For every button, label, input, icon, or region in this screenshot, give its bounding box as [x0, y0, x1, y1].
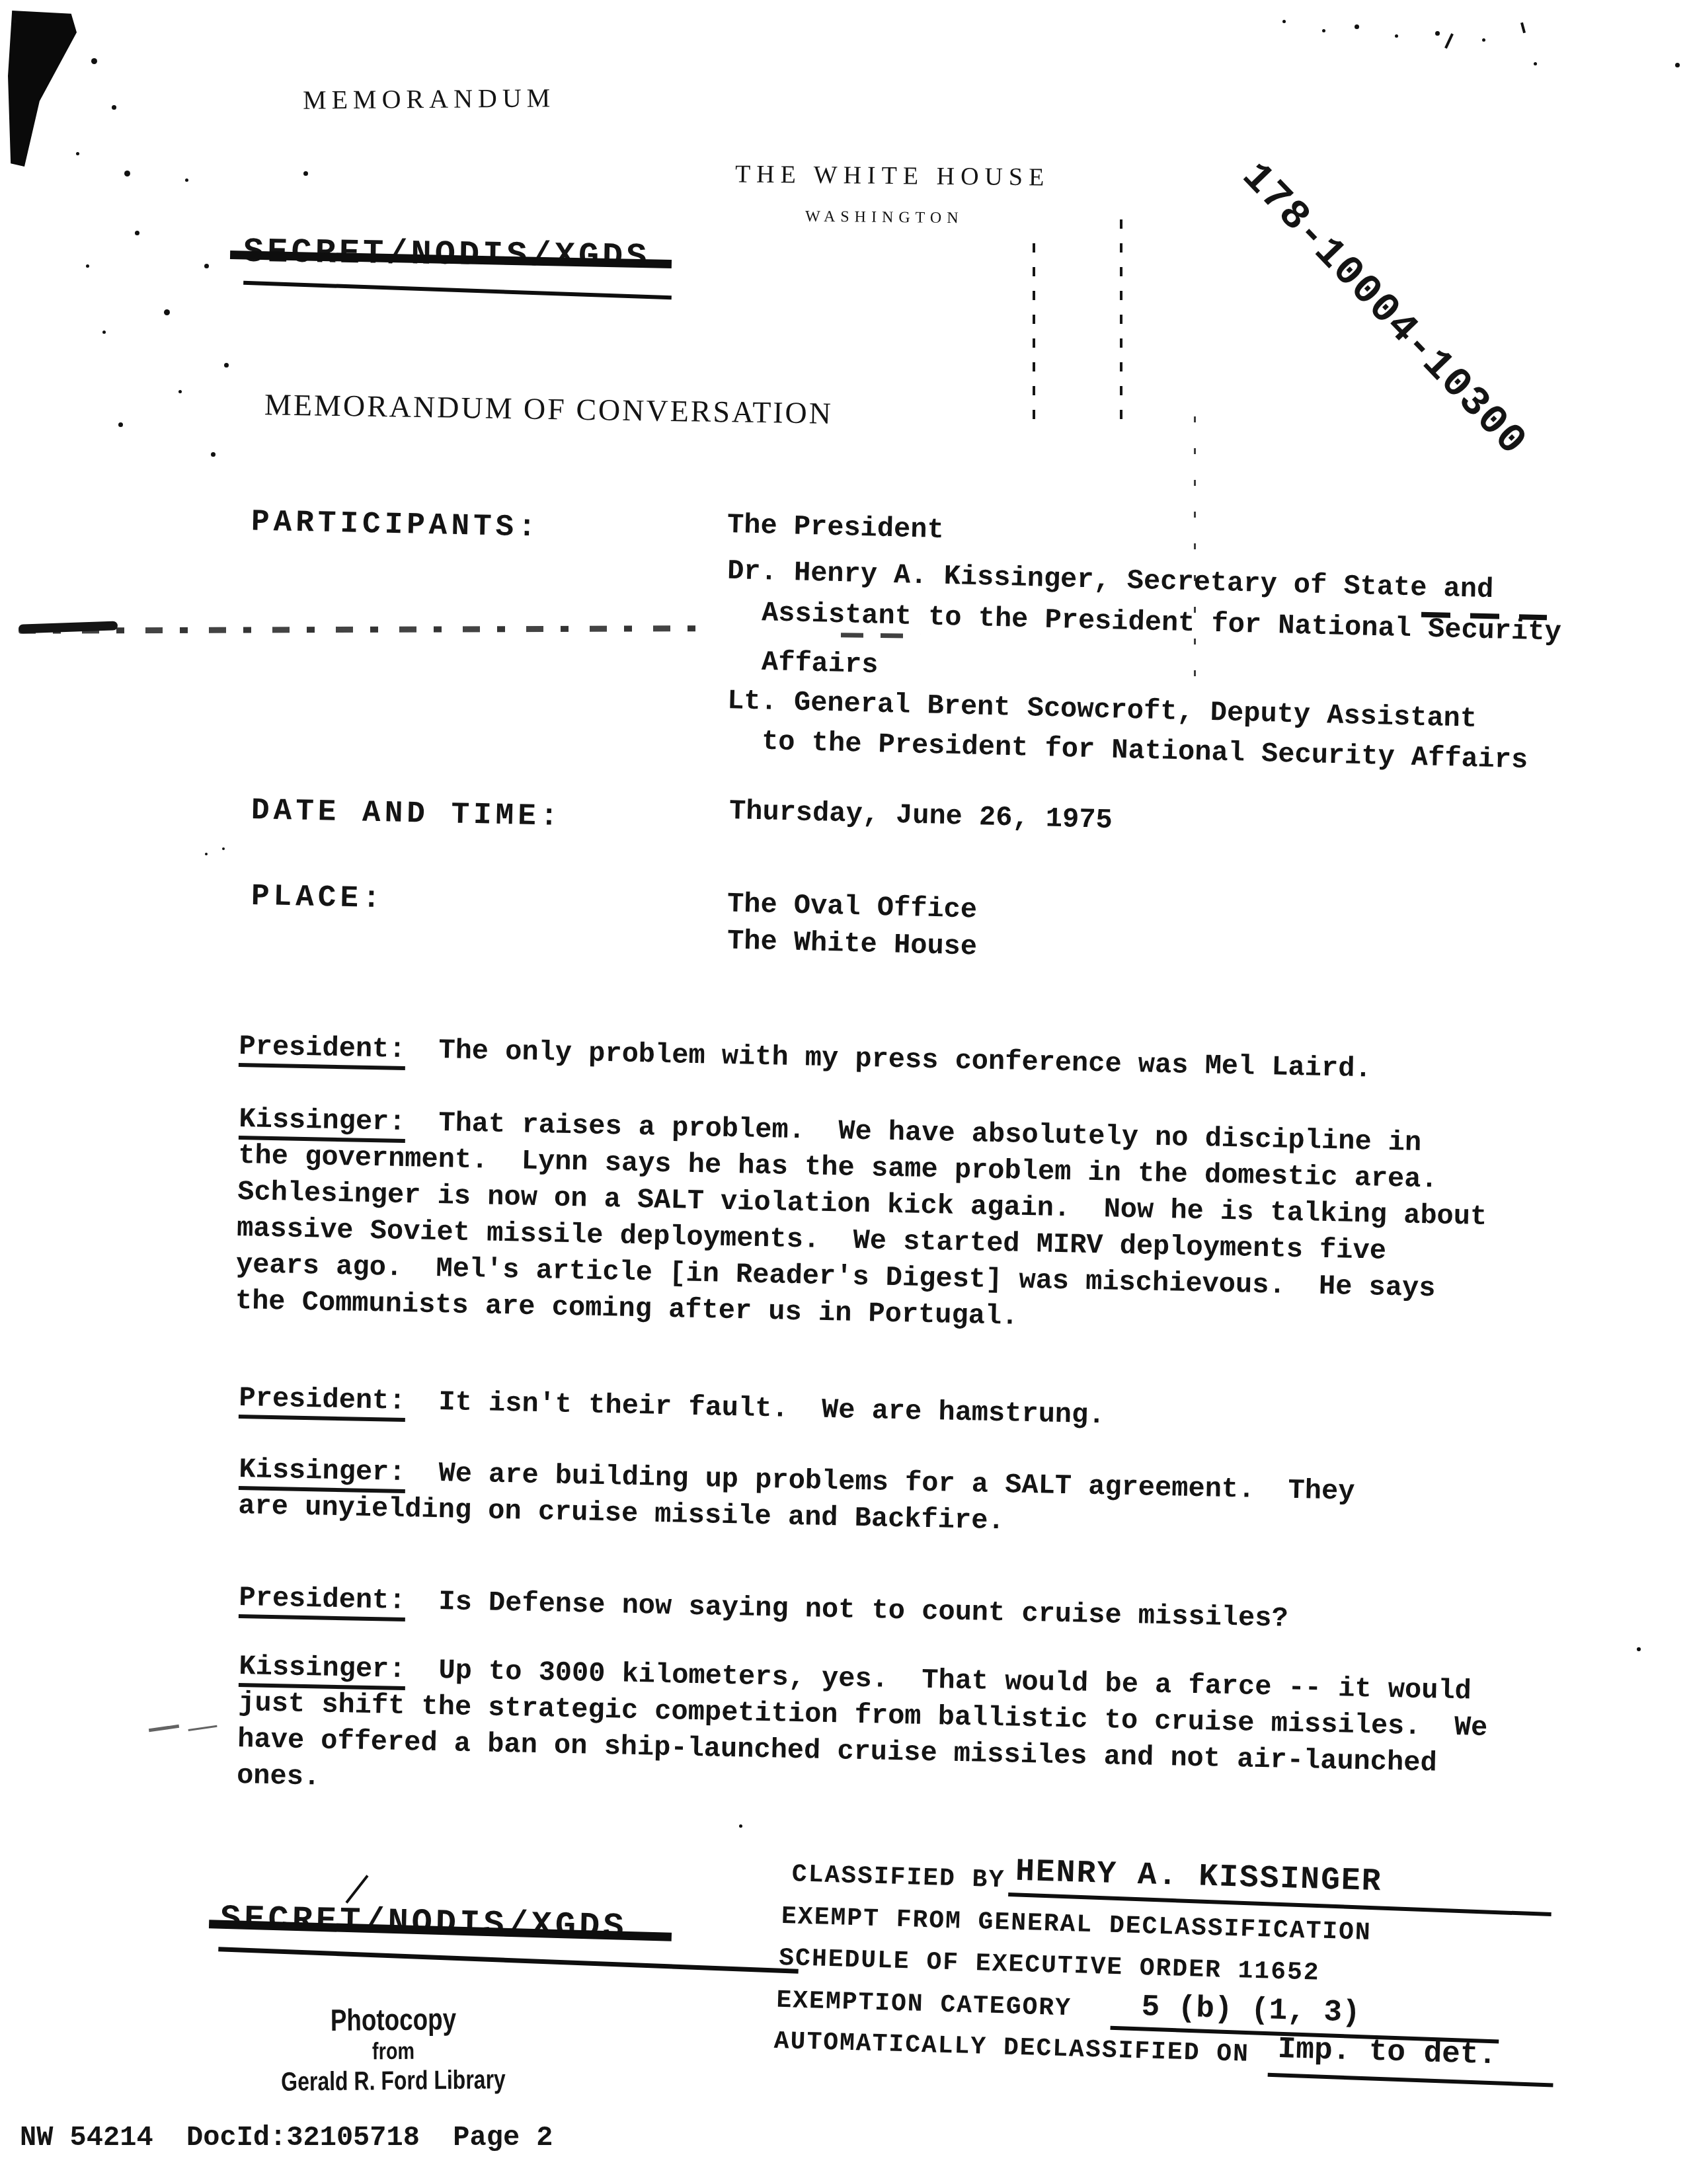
speaker-name: President: — [239, 1382, 406, 1422]
scan-speck — [739, 1824, 742, 1828]
scan-artifact-corner — [8, 11, 77, 167]
scan-speckles-topleft — [13, 20, 17, 23]
dialogue-paragraph: President:Is Defense now saying not to c… — [239, 1580, 1561, 1643]
dialogue-paragraph: President:The only problem with my press… — [239, 1029, 1561, 1091]
memo-page: MEMORANDUM THE WHITE HOUSE WASHINGTON 17… — [0, 0, 1691, 2184]
classified-by-label: CLASSIFIED BY — [791, 1860, 1005, 1894]
scan-speck — [205, 853, 208, 855]
underline-bar-top — [243, 281, 672, 300]
scan-mark-dashes — [149, 1725, 179, 1732]
participant-line: Assistant to the President for National … — [762, 597, 1562, 648]
vertical-scan-line-3 — [1194, 416, 1196, 694]
declassified-on-underline — [1268, 2073, 1553, 2087]
classification-block: CLASSIFIED BY HENRY A. KISSINGER EXEMPT … — [777, 1848, 1583, 2108]
letterhead-city: WASHINGTON — [805, 208, 964, 228]
participants-label: PARTICIPANTS: — [251, 504, 541, 545]
declassified-on-label: AUTOMATICALLY DECLASSIFIED ON — [773, 2027, 1249, 2069]
scan-speckles-topright — [1282, 20, 1286, 23]
memorandum-label: MEMORANDUM — [303, 82, 556, 115]
exemption-category-value: 5 (b) (1, 3) — [1141, 1990, 1361, 2030]
scan-mark-tick — [1520, 22, 1526, 33]
scan-mark-backslash — [345, 1875, 368, 1903]
dialogue-paragraph: Kissinger:Up to 3000 kilometers, yes. Th… — [237, 1649, 1561, 1820]
exemption-category-label: EXEMPTION CATEGORY — [776, 1986, 1072, 2023]
smudge-mid — [841, 633, 920, 639]
exempt-line: EXEMPT FROM GENERAL DECLASSIFICATION — [781, 1902, 1372, 1947]
scan-mark-curve — [1444, 33, 1454, 48]
place-line: The White House — [727, 925, 977, 962]
speaker-name: Kissinger: — [239, 1651, 406, 1690]
dialogue-line: The only problem with my press conferenc… — [438, 1034, 1372, 1085]
dialogue-paragraph: Kissinger:That raises a problem. We have… — [235, 1101, 1561, 1346]
dialogue-paragraph: President:It isn't their fault. We are h… — [239, 1380, 1561, 1443]
date-label: DATE AND TIME: — [251, 793, 563, 834]
place-line: The Oval Office — [727, 888, 977, 925]
photocopy-stamp-line: from — [235, 2035, 552, 2066]
doc-number-stamp: 178-10004-10300 — [1232, 153, 1536, 465]
vertical-scan-line-2 — [1120, 219, 1122, 428]
vertical-scan-line-1 — [1033, 243, 1035, 419]
dialogue-line: It isn't their fault. We are hamstrung. — [438, 1386, 1105, 1431]
scan-speck — [1637, 1647, 1641, 1651]
exempt-line: SCHEDULE OF EXECUTIVE ORDER 11652 — [779, 1944, 1320, 1988]
classified-by-value: HENRY A. KISSINGER — [1015, 1854, 1382, 1900]
participant-line: Dr. Henry A. Kissinger, Secretary of Sta… — [727, 555, 1494, 605]
doc-id-line: NW 54214 DocId:32105718 Page 2 — [20, 2122, 553, 2154]
participant-line: The President — [727, 509, 944, 546]
speaker-name: Kissinger: — [239, 1454, 406, 1493]
photocopy-stamp-line: Gerald R. Ford Library — [235, 2064, 552, 2097]
smudge-line-left — [19, 625, 699, 634]
letterhead-title: THE WHITE HOUSE — [735, 160, 1050, 192]
dialogue-paragraph: Kissinger:We are building up problems fo… — [238, 1452, 1561, 1551]
place-label: PLACE: — [251, 879, 385, 916]
participant-line: Affairs — [761, 646, 879, 681]
speaker-name: Kissinger: — [239, 1103, 406, 1143]
doc-title: MEMORANDUM OF CONVERSATION — [264, 387, 834, 431]
date-value: Thursday, June 26, 1975 — [729, 795, 1113, 836]
dialogue-line: Is Defense now saying not to count cruis… — [438, 1586, 1288, 1635]
photocopy-stamp-line: Photocopy — [235, 2000, 552, 2039]
underline-bar-bottom — [218, 1947, 799, 1974]
speaker-name: President: — [239, 1582, 406, 1621]
declassified-on-value: Imp. to det. — [1277, 2032, 1497, 2072]
speaker-name: President: — [239, 1031, 406, 1070]
